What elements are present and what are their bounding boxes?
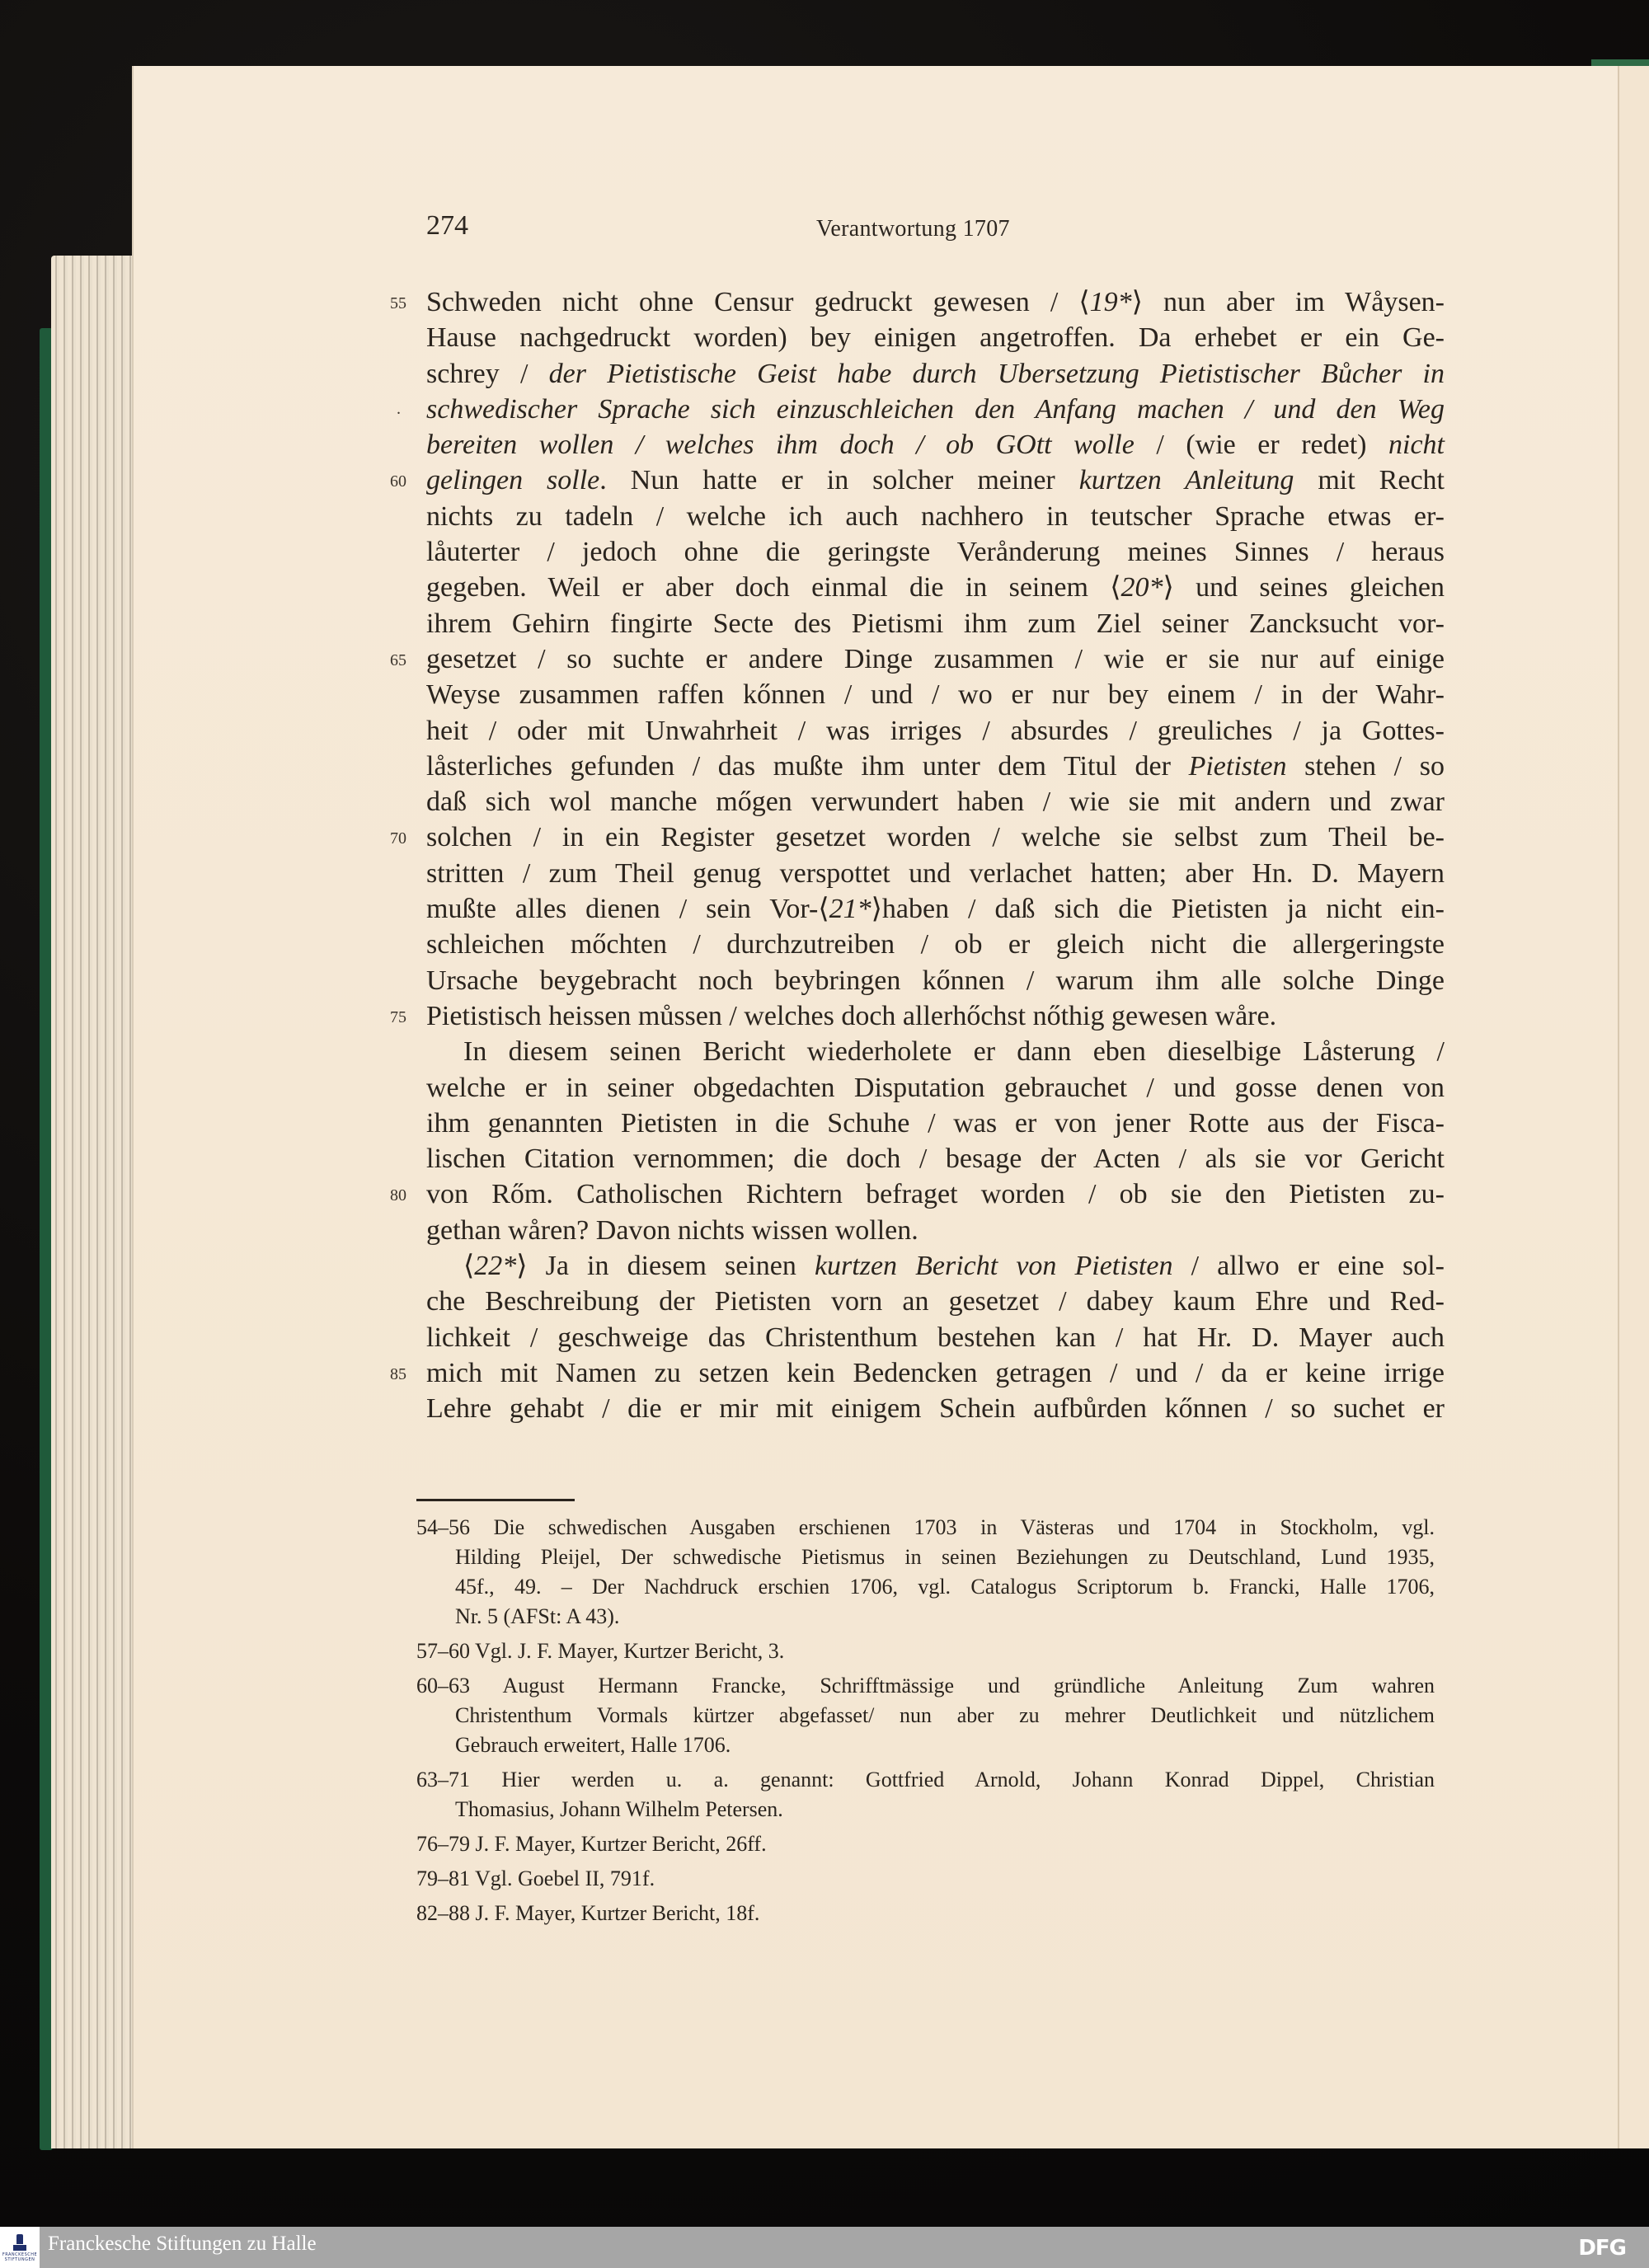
footnote: 63–71 Hier werden u. a. genannt: Gottfri… bbox=[416, 1765, 1435, 1824]
footnote-continuation: Hilding Pleijel, Der schwedische Pietism… bbox=[416, 1543, 1435, 1572]
text-segment: låsterliches gefunden / das mußte ihm un… bbox=[426, 751, 1189, 782]
text-segment: / (wie er redet) bbox=[1135, 430, 1388, 460]
text-line: nichts zu tadeln / welche ich auch nachh… bbox=[426, 499, 1445, 534]
italic-text: 21* bbox=[829, 894, 871, 924]
italic-text: 22* bbox=[474, 1251, 516, 1281]
text-segment: lischen Citation vernommen; die doch / b… bbox=[426, 1143, 1445, 1174]
text-line: låsterliches gefunden / das mußte ihm un… bbox=[426, 749, 1445, 784]
footnote: 82–88 J. F. Mayer, Kurtzer Bericht, 18f. bbox=[416, 1899, 1435, 1928]
footnote-continuation: Christenthum Vormals kürtzer abgefasset/… bbox=[416, 1701, 1435, 1730]
text-segment: mit Recht bbox=[1294, 465, 1445, 495]
footnote-continuation: Nr. 5 (AFSt: A 43). bbox=[416, 1602, 1435, 1632]
text-segment: Ursache beygebracht noch beybringen kőnn… bbox=[426, 965, 1445, 996]
text-segment: Schweden nicht ohne Censur gedruckt gewe… bbox=[426, 287, 1090, 317]
text-line: ⟨22*⟩ Ja in diesem seinen kurtzen Berich… bbox=[426, 1248, 1445, 1284]
italic-text: kurtzen Anleitung bbox=[1079, 465, 1294, 495]
text-segment: daß sich wol manche mőgen verwundert hab… bbox=[426, 787, 1445, 817]
footnote-first-line: 76–79 J. F. Mayer, Kurtzer Bericht, 26ff… bbox=[416, 1829, 1435, 1859]
text-segment: ⟩ Ja in diesem seinen bbox=[516, 1251, 815, 1281]
facing-page-edge bbox=[1619, 66, 1649, 2148]
text-segment: welche er in seiner obgedachten Disputat… bbox=[426, 1073, 1445, 1103]
footnote-rule bbox=[416, 1499, 575, 1501]
footnote: 76–79 J. F. Mayer, Kurtzer Bericht, 26ff… bbox=[416, 1829, 1435, 1859]
text-line: Ursache beygebracht noch beybringen kőnn… bbox=[426, 963, 1445, 998]
text-segment: ihm genannten Pietisten in die Schuhe / … bbox=[426, 1108, 1445, 1139]
text-line: 60gelingen solle. Nun hatte er in solche… bbox=[426, 463, 1445, 498]
footnote: 57–60 Vgl. J. F. Mayer, Kurtzer Bericht,… bbox=[416, 1636, 1435, 1666]
text-segment: stritten / zum Theil genug verspottet un… bbox=[426, 858, 1445, 889]
italic-text: 19* bbox=[1090, 287, 1132, 317]
text-segment: låuterter / jedoch ohne die geringste Ve… bbox=[426, 537, 1445, 567]
text-line: In diesem seinen Bericht wiederholete er… bbox=[426, 1034, 1445, 1069]
footnotes-block: 54–56 Die schwedischen Ausgaben erschien… bbox=[416, 1513, 1435, 1933]
page-number: 274 bbox=[426, 210, 468, 242]
text-line: 55Schweden nicht ohne Censur gedruckt ge… bbox=[426, 284, 1445, 320]
italic-text: schwedischer Sprache sich einzuschleiche… bbox=[426, 394, 1445, 425]
text-line: 70solchen / in ein Register gesetzet wor… bbox=[426, 819, 1445, 855]
footnote-continuation: Thomasius, Johann Wilhelm Petersen. bbox=[416, 1795, 1435, 1824]
text-segment: heit / oder mit Unwahrheit / was irriges… bbox=[426, 716, 1445, 746]
italic-text: nicht bbox=[1388, 430, 1445, 460]
italic-text: Pietisten bbox=[1189, 751, 1287, 782]
text-segment: Weyse zusammen raffen kőnnen / und / wo … bbox=[426, 679, 1445, 710]
italic-text: kurtzen Bericht von Pietisten bbox=[815, 1251, 1173, 1281]
book-cover-edge-right bbox=[1591, 59, 1649, 66]
line-number: 70 bbox=[390, 821, 415, 857]
text-segment: In diesem seinen Bericht wiederholete er… bbox=[463, 1036, 1445, 1067]
text-line: daß sich wol manche mőgen verwundert hab… bbox=[426, 784, 1445, 819]
line-number: 80 bbox=[390, 1178, 415, 1214]
text-segment: . Nun hatte er in solcher meiner bbox=[599, 465, 1078, 495]
text-segment: mich mit Namen zu setzen kein Bedencken … bbox=[426, 1358, 1445, 1388]
text-segment: stehen / so bbox=[1287, 751, 1445, 782]
dfg-logo[interactable]: DFG bbox=[1578, 2236, 1626, 2261]
text-segment: Lehre gehabt / die er mir mit einigem Sc… bbox=[426, 1393, 1445, 1424]
text-segment: schleichen mőchten / durchzutreiben / ob… bbox=[426, 929, 1445, 960]
institution-name[interactable]: Franckesche Stiftungen zu Halle bbox=[48, 2233, 317, 2256]
text-segment: solchen / in ein Register gesetzet worde… bbox=[426, 822, 1445, 852]
text-line: welche er in seiner obgedachten Disputat… bbox=[426, 1070, 1445, 1106]
text-line: gegeben. Weil er aber doch einmal die in… bbox=[426, 570, 1445, 605]
text-line: Hause nachgedruckt worden) bey einigen a… bbox=[426, 320, 1445, 355]
text-line: 75Pietistisch heissen můssen / welches d… bbox=[426, 998, 1445, 1034]
text-segment: gesetzet / so suchte er andere Dinge zus… bbox=[426, 644, 1445, 674]
line-number: 85 bbox=[390, 1357, 415, 1392]
text-segment: ⟨ bbox=[463, 1251, 474, 1281]
text-line: låuterter / jedoch ohne die geringste Ve… bbox=[426, 534, 1445, 570]
text-line: ihm genannten Pietisten in die Schuhe / … bbox=[426, 1106, 1445, 1141]
text-line: 65gesetzet / so suchte er andere Dinge z… bbox=[426, 641, 1445, 677]
institution-logo[interactable]: FRANCKESCHE STIFTUNGEN bbox=[0, 2227, 40, 2268]
text-segment: gethan wåren? Davon nichts wissen wollen… bbox=[426, 1215, 918, 1246]
italic-text: 20* bbox=[1121, 572, 1163, 603]
text-segment: Pietistisch heissen můssen / welches doc… bbox=[426, 1001, 1276, 1031]
text-line: mußte alles dienen / sein Vor-⟨21*⟩haben… bbox=[426, 891, 1445, 927]
italic-text: bereiten wollen / welches ihm doch / ob … bbox=[426, 430, 1135, 460]
footnote-continuation: Gebrauch erweitert, Halle 1706. bbox=[416, 1730, 1435, 1760]
text-line: 85mich mit Namen zu setzen kein Bedencke… bbox=[426, 1355, 1445, 1391]
text-segment: Hause nachgedruckt worden) bey einigen a… bbox=[426, 322, 1445, 353]
text-segment: lichkeit / geschweige das Christenthum b… bbox=[426, 1322, 1445, 1353]
page-stack-edges bbox=[51, 256, 135, 2148]
line-number: 75 bbox=[390, 1000, 415, 1035]
text-line: schrey / der Pietistische Geist habe dur… bbox=[426, 356, 1445, 392]
text-line: gethan wåren? Davon nichts wissen wollen… bbox=[426, 1213, 1445, 1248]
footnote-first-line: 79–81 Vgl. Goebel II, 791f. bbox=[416, 1864, 1435, 1894]
institution-logo-icon bbox=[12, 2233, 27, 2252]
italic-text: gelingen solle bbox=[426, 465, 599, 495]
line-number: 55 bbox=[390, 286, 415, 322]
text-line: 80von Rőm. Catholischen Richtern befrage… bbox=[426, 1176, 1445, 1212]
text-line: stritten / zum Theil genug verspottet un… bbox=[426, 856, 1445, 891]
text-segment: gegeben. Weil er aber doch einmal die in… bbox=[426, 572, 1121, 603]
footnote-first-line: 82–88 J. F. Mayer, Kurtzer Bericht, 18f. bbox=[416, 1899, 1435, 1928]
logo-text-line2: STIFTUNGEN bbox=[5, 2257, 35, 2262]
text-segment: ihrem Gehirn fingirte Secte des Pietismi… bbox=[426, 608, 1445, 639]
line-number: 65 bbox=[390, 643, 415, 679]
text-line: Weyse zusammen raffen kőnnen / und / wo … bbox=[426, 677, 1445, 712]
text-line: che Beschreibung der Pietisten vorn an g… bbox=[426, 1284, 1445, 1319]
text-segment: schrey / bbox=[426, 359, 549, 389]
text-line: schleichen mőchten / durchzutreiben / ob… bbox=[426, 927, 1445, 962]
text-line: .schwedischer Sprache sich einzuschleich… bbox=[426, 392, 1445, 427]
line-number: 60 bbox=[390, 464, 415, 500]
text-segment: nichts zu tadeln / welche ich auch nachh… bbox=[426, 501, 1445, 532]
footnote-continuation: 45f., 49. – Der Nachdruck erschien 1706,… bbox=[416, 1572, 1435, 1602]
text-line: ihrem Gehirn fingirte Secte des Pietismi… bbox=[426, 606, 1445, 641]
footnote-first-line: 60–63 August Hermann Francke, Schrifftmä… bbox=[416, 1671, 1435, 1701]
margin-mark: . bbox=[397, 392, 401, 427]
running-head: Verantwortung 1707 bbox=[816, 216, 1010, 242]
footnote: 60–63 August Hermann Francke, Schrifftmä… bbox=[416, 1671, 1435, 1760]
text-segment: / allwo er eine sol- bbox=[1172, 1251, 1445, 1281]
footnote: 79–81 Vgl. Goebel II, 791f. bbox=[416, 1864, 1435, 1894]
text-segment: von Rőm. Catholischen Richtern befraget … bbox=[426, 1179, 1445, 1209]
footnote: 54–56 Die schwedischen Ausgaben erschien… bbox=[416, 1513, 1435, 1632]
text-line: lichkeit / geschweige das Christenthum b… bbox=[426, 1320, 1445, 1355]
footnote-first-line: 63–71 Hier werden u. a. genannt: Gottfri… bbox=[416, 1765, 1435, 1795]
text-segment: ⟩haben / daß sich die Pietisten ja nicht… bbox=[871, 894, 1445, 924]
text-segment: mußte alles dienen / sein Vor-⟨ bbox=[426, 894, 829, 924]
text-segment: che Beschreibung der Pietisten vorn an g… bbox=[426, 1286, 1445, 1317]
main-text-block: 55Schweden nicht ohne Censur gedruckt ge… bbox=[426, 284, 1445, 1427]
text-line: bereiten wollen / welches ihm doch / ob … bbox=[426, 427, 1445, 463]
text-line: heit / oder mit Unwahrheit / was irriges… bbox=[426, 713, 1445, 749]
text-line: lischen Citation vernommen; die doch / b… bbox=[426, 1141, 1445, 1176]
footnote-first-line: 57–60 Vgl. J. F. Mayer, Kurtzer Bericht,… bbox=[416, 1636, 1435, 1666]
italic-text: der Pietistische Geist habe durch Uberse… bbox=[549, 359, 1445, 389]
text-line: Lehre gehabt / die er mir mit einigem Sc… bbox=[426, 1391, 1445, 1426]
footnote-first-line: 54–56 Die schwedischen Ausgaben erschien… bbox=[416, 1513, 1435, 1543]
text-segment: ⟩ nun aber im Wåysen- bbox=[1132, 287, 1445, 317]
text-segment: ⟩ und seines gleichen bbox=[1163, 572, 1445, 603]
